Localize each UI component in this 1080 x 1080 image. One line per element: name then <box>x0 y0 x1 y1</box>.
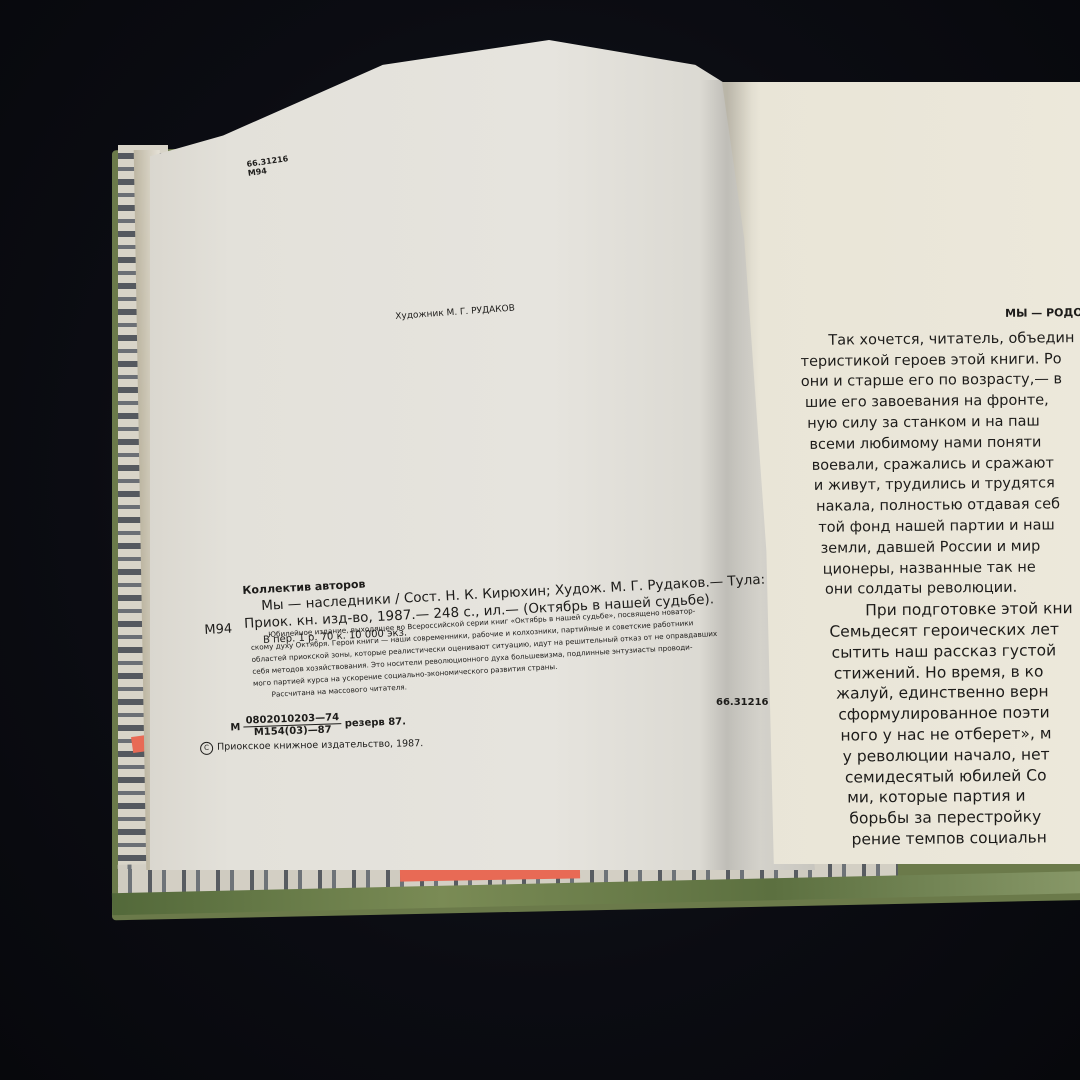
text-line: стижений. Но время, в ко <box>804 661 1080 685</box>
copyright-text: Приокское книжное издательство, 1987. <box>217 738 423 753</box>
bbk-code: 66.31216 <box>716 697 769 708</box>
text-line: жалуй, единственно верн <box>804 681 1080 705</box>
text-line: воевали, сражались и сражают <box>802 453 1080 477</box>
text-line: Семьдесят героических лет <box>803 619 1080 643</box>
text-line: у революции начало, нет <box>805 744 1080 768</box>
text-line: ную силу за станком и на паш <box>801 411 1080 435</box>
text-line: они и старше его по возрасту,— в <box>801 369 1080 393</box>
text-line: ми, которые партия и <box>805 785 1080 809</box>
text-line: накала, полностью отдавая себ <box>802 494 1080 518</box>
text-line: сформулированное поэти <box>804 702 1080 726</box>
text-line: всеми любимому нами поняти <box>801 432 1080 456</box>
imprint-fraction: 0802010203—74 М154(03)—87 <box>243 712 341 738</box>
imprint-suffix: резерв 87. <box>345 716 407 729</box>
chapter-title: МЫ — РОДО <box>800 303 1080 327</box>
text-line: они солдаты революции. <box>803 577 1080 601</box>
text-line: шие его завоевания на фронте, <box>801 390 1080 414</box>
text-line: При подготовке этой кни <box>803 598 1080 622</box>
text-line: и живут, трудились и трудятся <box>802 473 1080 497</box>
text-line: Так хочется, читатель, объедин <box>800 328 1080 352</box>
imprint-prefix: М <box>230 722 240 733</box>
text-line: той фонд нашей партии и наш <box>802 515 1080 539</box>
text-line: теристикой героев этой книги. Ро <box>800 349 1080 373</box>
text-line: земли, давшей России и мир <box>802 536 1080 560</box>
call-mark: М94 <box>204 621 233 639</box>
book-gutter <box>700 80 760 870</box>
right-page-text: МЫ — РОДО Так хочется, читатель, объедин… <box>800 303 1080 851</box>
text-line: рение темпов социальн <box>805 827 1080 851</box>
text-line: ционеры, названные так не <box>803 557 1080 581</box>
text-line: сытить наш рассказ густой <box>804 640 1080 664</box>
text-line: семидесятый юбилей Со <box>805 765 1080 789</box>
text-line: ного у нас не отберет», м <box>804 723 1080 747</box>
text-line: борьбы за перестройку <box>805 806 1080 830</box>
copyright-icon: C <box>200 742 213 755</box>
